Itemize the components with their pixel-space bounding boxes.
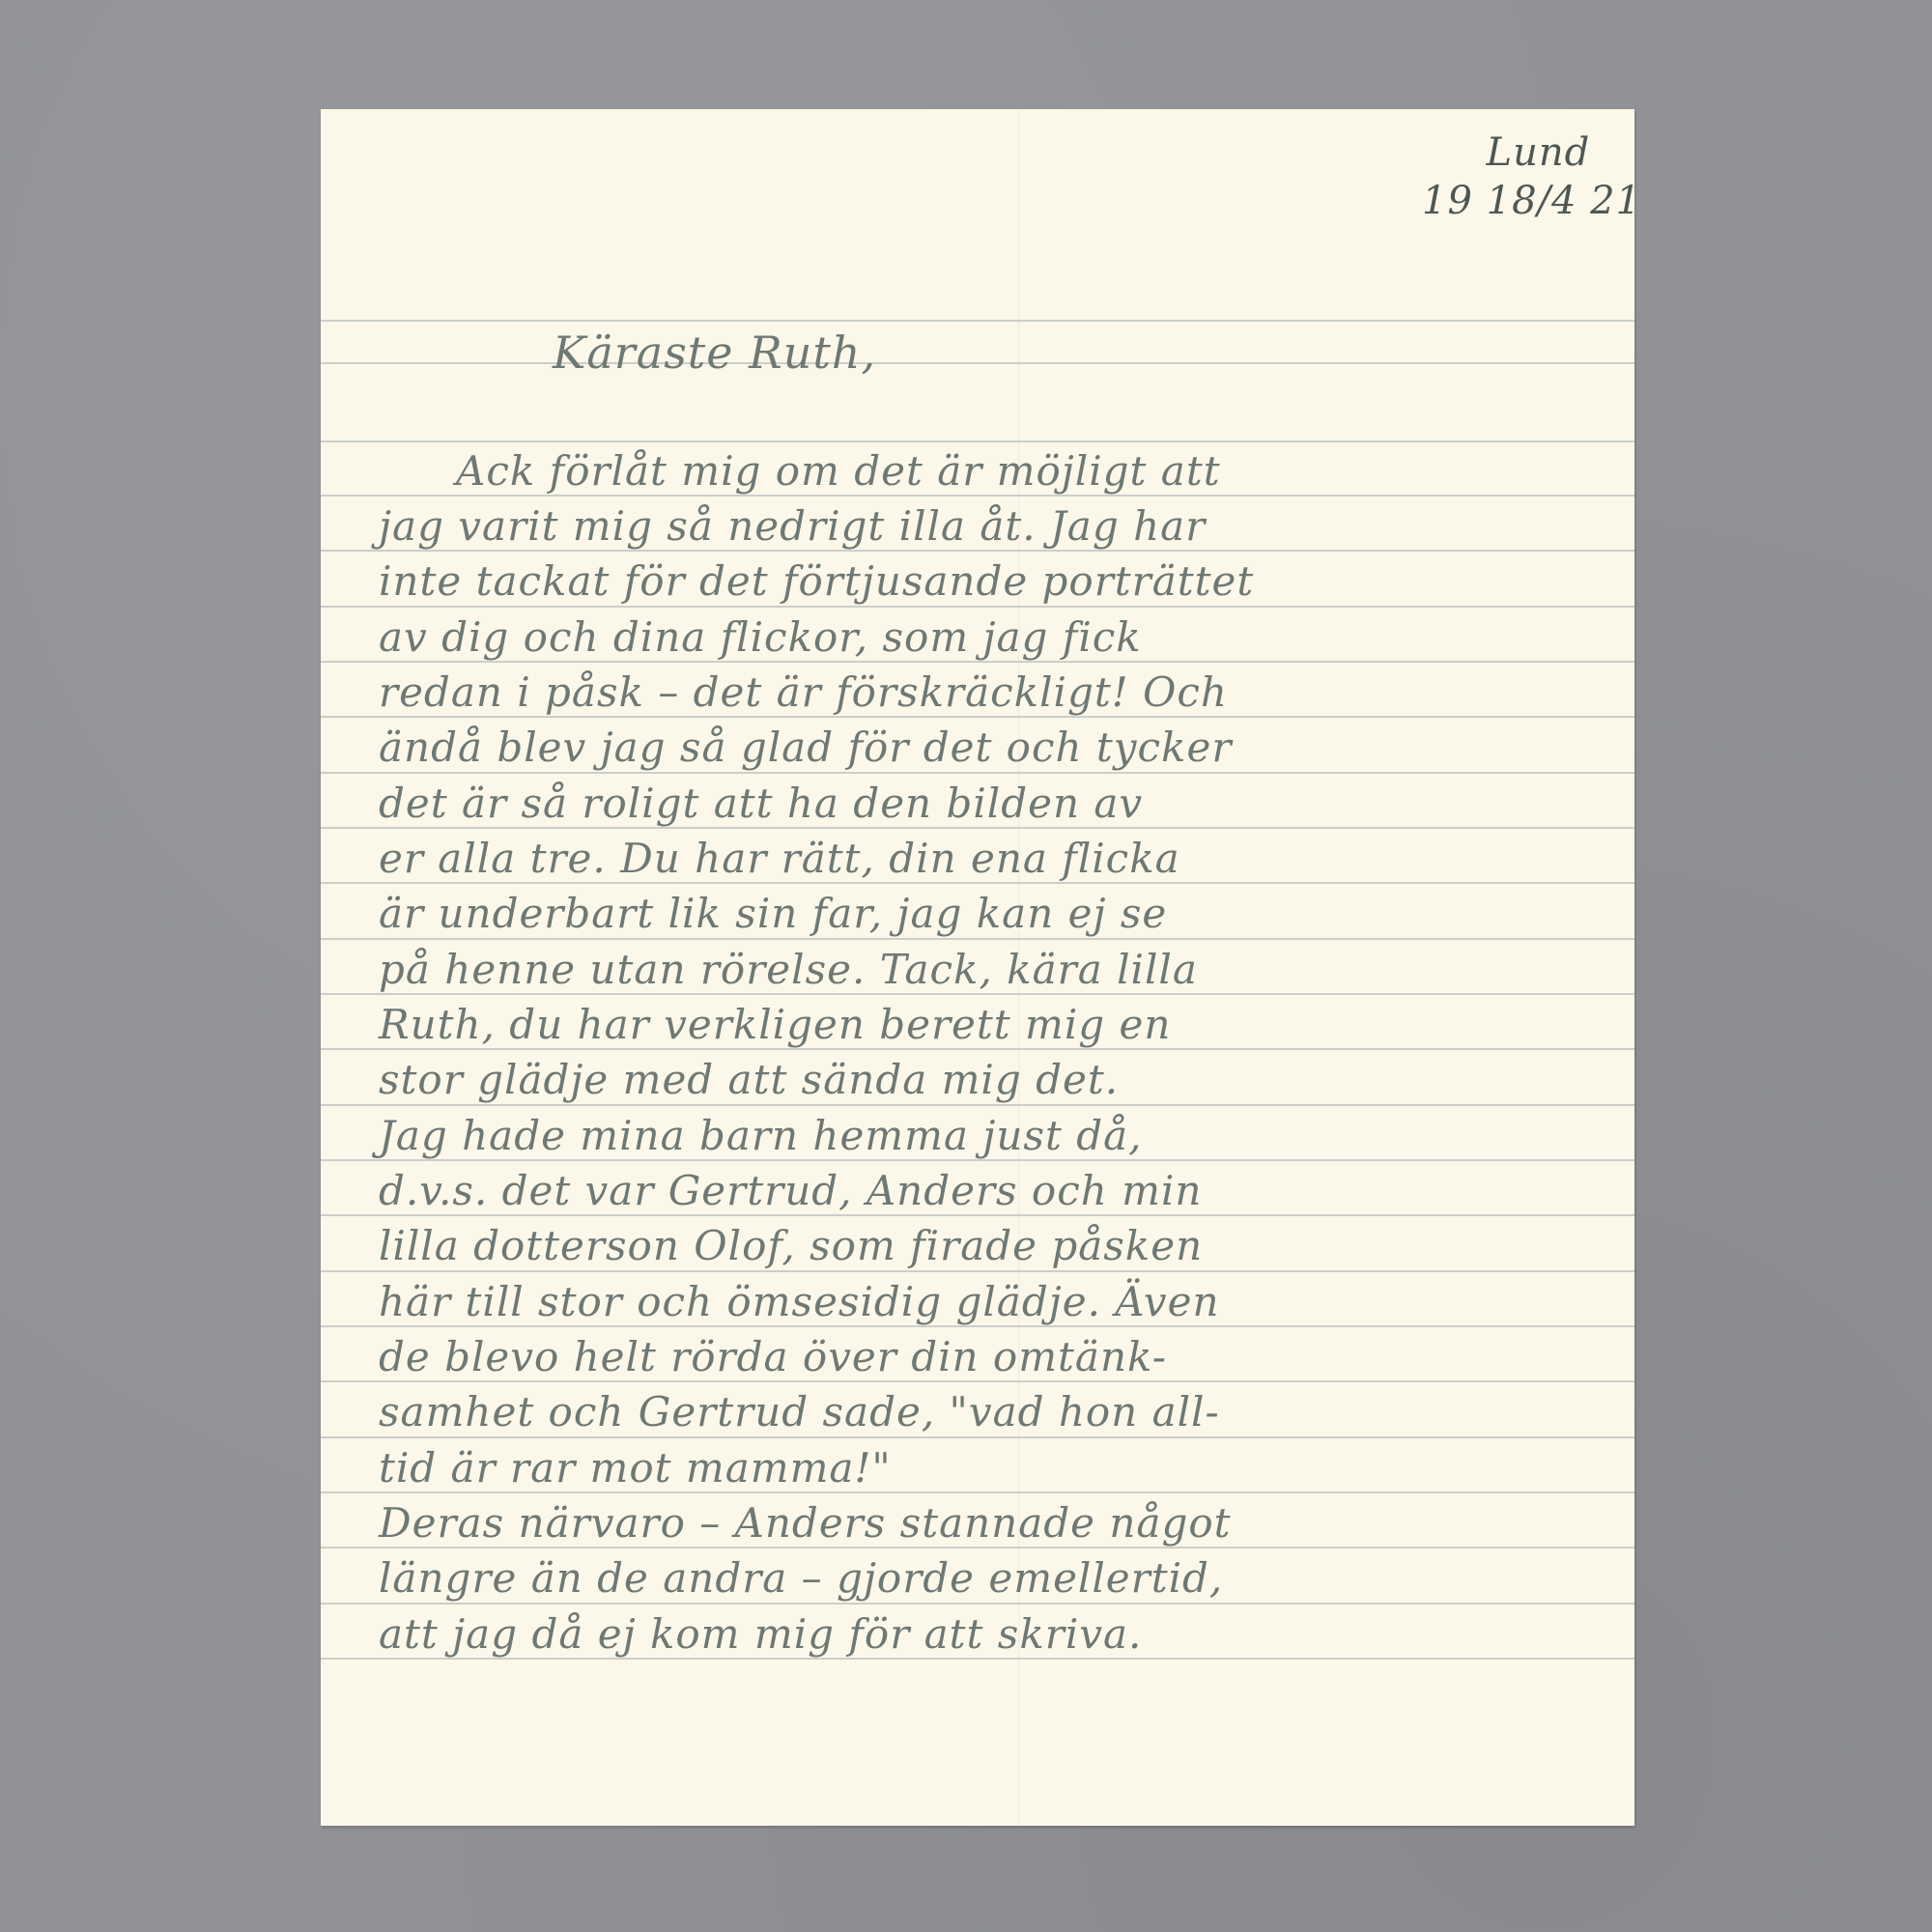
- body-line: jag varit mig så nedrigt illa åt. Jag ha…: [379, 502, 1206, 551]
- body-line: ändå blev jag så glad för det och tycker: [379, 724, 1232, 772]
- place: Lund: [1422, 128, 1634, 177]
- body-line: Jag hade mina barn hemma just då,: [379, 1112, 1142, 1160]
- body-line: stor glädje med att sända mig det.: [379, 1056, 1119, 1104]
- body-line: redan i påsk – det är förskräckligt! Och: [379, 668, 1228, 717]
- body-line: är underbart lik sin far, jag kan ej se: [379, 890, 1167, 938]
- body-line: längre än de andra – gjorde emellertid,: [379, 1554, 1223, 1603]
- letter-sheet: Lund 19 18/4 21. Käraste Ruth, Ack förlå…: [321, 109, 1634, 1826]
- ruled-line: [321, 938, 1634, 940]
- body-line: Ruth, du har verkligen berett mig en: [379, 1001, 1171, 1049]
- body-line: tid är rar mot mamma!": [379, 1444, 892, 1492]
- body-line: lilla dotterson Olof, som firade påsken: [379, 1222, 1203, 1270]
- date: 19 18/4 21.: [1422, 177, 1634, 225]
- body-line: samhet och Gertrud sade, "vad hon all-: [379, 1388, 1220, 1436]
- body-line: här till stor och ömsesidig glädje. Även: [379, 1278, 1220, 1326]
- place-date: Lund 19 18/4 21.: [1422, 128, 1634, 225]
- ruled-line: [321, 1270, 1634, 1272]
- body-line: det är så roligt att ha den bilden av: [379, 780, 1143, 828]
- ruled-line: [321, 320, 1634, 322]
- ruled-line: [321, 772, 1634, 774]
- ruled-line: [321, 1436, 1634, 1438]
- body-line: på henne utan rörelse. Tack, kära lilla: [379, 946, 1198, 994]
- ruled-line: [321, 1603, 1634, 1605]
- body-line: de blevo helt rörda över din omtänk-: [379, 1333, 1167, 1381]
- body-line: Deras närvaro – Anders stannade något: [379, 1499, 1232, 1548]
- body-line: er alla tre. Du har rätt, din ena flicka: [379, 835, 1180, 883]
- salutation: Käraste Ruth,: [553, 327, 876, 379]
- ruled-line: [321, 1104, 1634, 1106]
- ruled-line: [321, 362, 1634, 364]
- ruled-line: [321, 440, 1634, 442]
- body-line: att jag då ej kom mig för att skriva.: [379, 1610, 1142, 1659]
- body-line: Ack förlåt mig om det är möjligt att: [456, 447, 1221, 496]
- body-line: av dig och dina flickor, som jag fick: [379, 613, 1142, 662]
- ruled-line: [321, 606, 1634, 608]
- body-line: inte tackat för det förtjusande porträtt…: [379, 557, 1254, 606]
- body-line: d.v.s. det var Gertrud, Anders och min: [379, 1167, 1202, 1215]
